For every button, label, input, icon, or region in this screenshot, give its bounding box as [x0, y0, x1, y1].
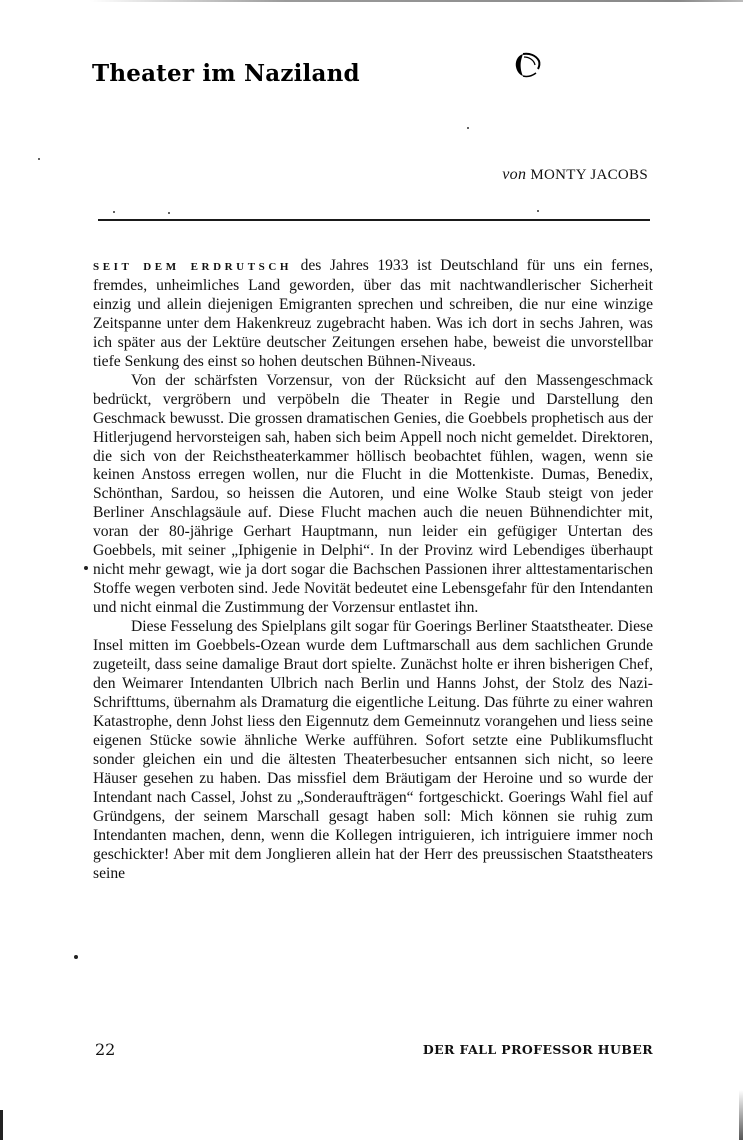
article-paragraph: Diese Fesselung des Spielplans gilt soga…: [93, 618, 653, 883]
byline-prefix: von: [502, 166, 526, 183]
article-paragraph: Von der schärfsten Vorzensur, von der Rü…: [93, 372, 653, 618]
article-body: SEIT DEM ERDRUTSCH des Jahres 1933 ist D…: [93, 257, 653, 883]
page-edge-shadow-top: [90, 0, 743, 2]
margin-mark: [84, 566, 88, 570]
scan-speck: [537, 210, 539, 212]
publisher-crescent-logo-icon: [514, 52, 542, 78]
lead-in-smallcaps: SEIT DEM ERDRUTSCH: [93, 261, 292, 273]
paragraph-text: des Jahres 1933 ist Deutschland für uns …: [93, 257, 653, 370]
article-title: Theater im Naziland: [92, 60, 360, 87]
page-number: 22: [95, 1040, 115, 1059]
article-paragraph: SEIT DEM ERDRUTSCH des Jahres 1933 ist D…: [93, 257, 653, 372]
scan-speck: [168, 212, 170, 214]
margin-mark: [74, 955, 78, 959]
scan-speck: [467, 127, 469, 129]
scan-speck: [38, 158, 40, 160]
scan-speck: [113, 211, 115, 213]
running-title: DER FALL PROFESSOR HUBER: [423, 1042, 653, 1057]
page-edge-shadow-left: [0, 1110, 3, 1140]
byline: von MONTY JACOBS: [502, 166, 648, 184]
header-divider: [98, 219, 650, 221]
author-name: MONTY JACOBS: [530, 167, 648, 183]
page-edge-shadow-right: [739, 1090, 743, 1140]
